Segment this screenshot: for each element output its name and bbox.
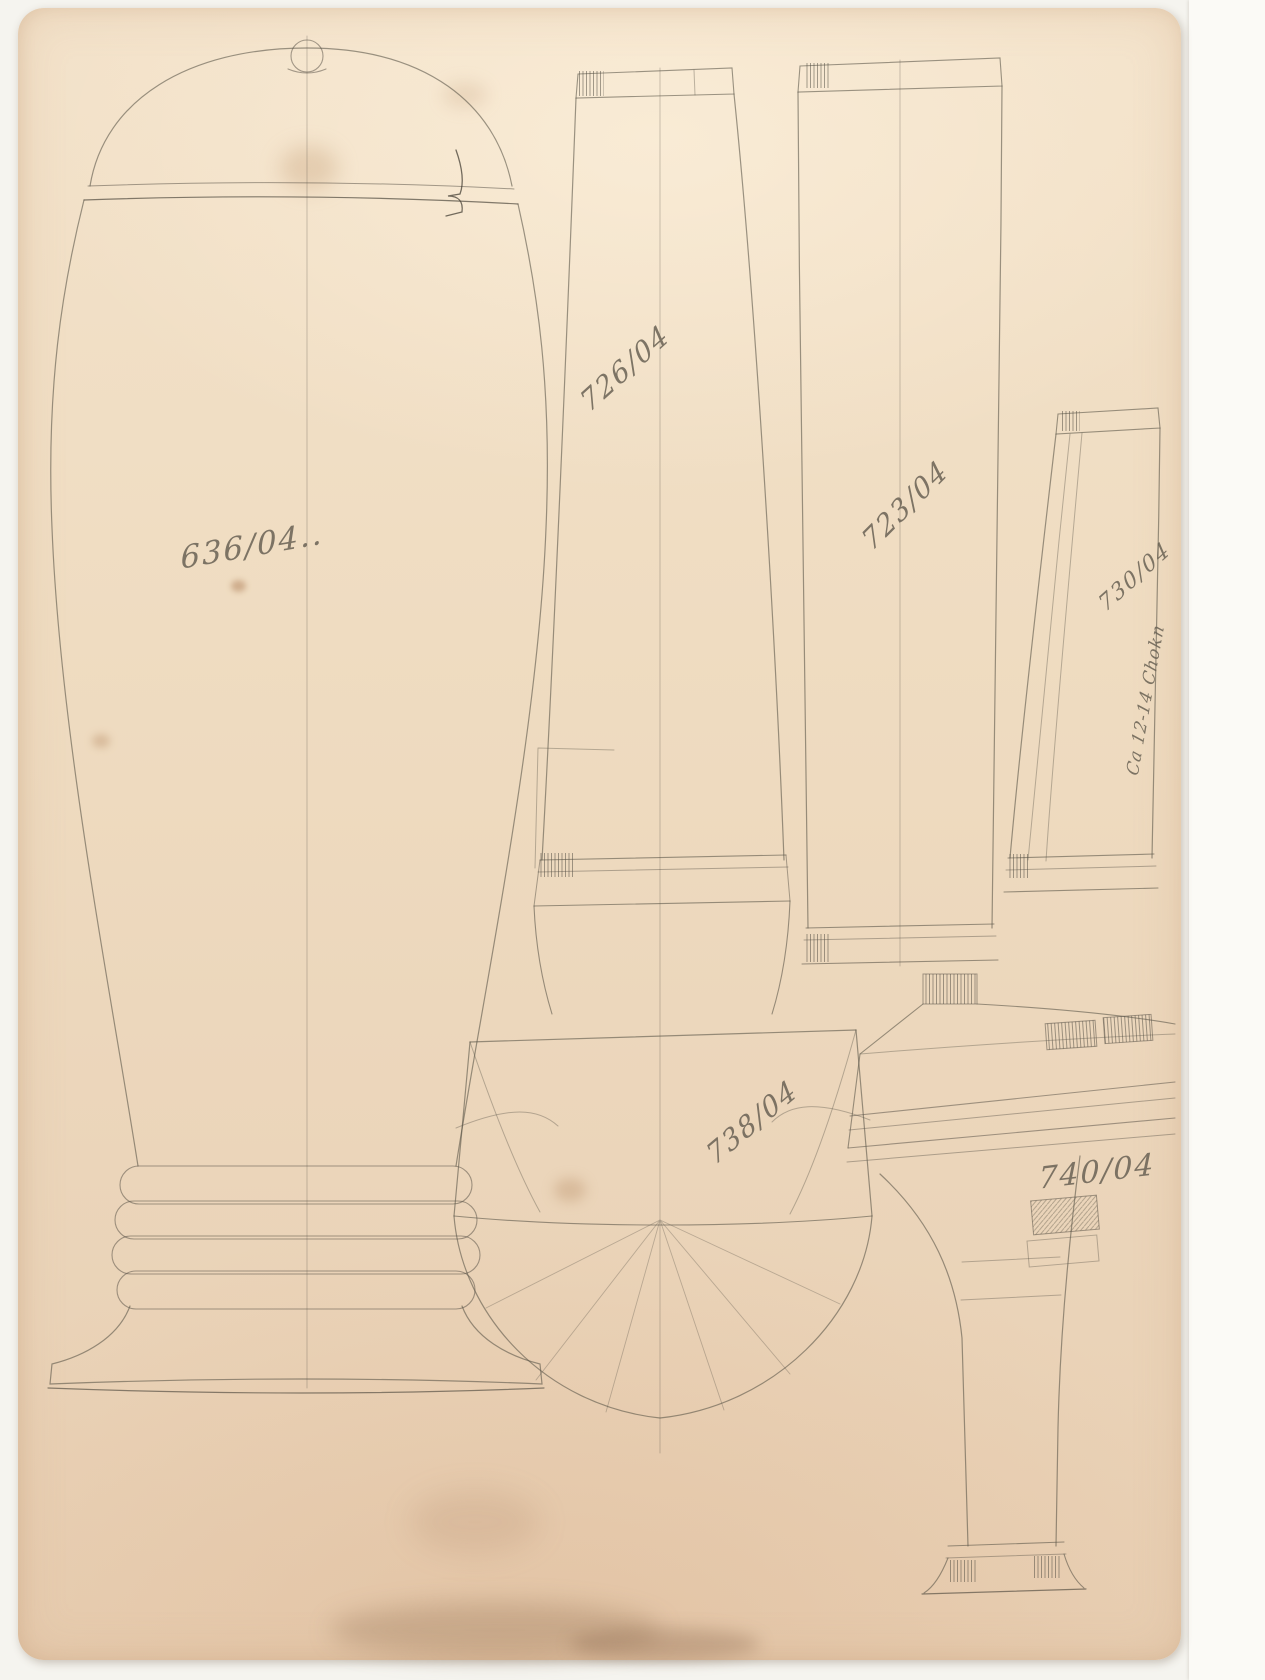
underlying-sheet-edge bbox=[1189, 0, 1265, 1680]
vase-drawing-726 bbox=[534, 68, 790, 1453]
leg-drawing-740 bbox=[847, 974, 1175, 1594]
pencil-drawing-canvas bbox=[18, 8, 1181, 1660]
bowl-drawing-738 bbox=[454, 1030, 872, 1418]
drawing-paper-sheet: 636/04.. 726/04 723/04 730/04 Ca 12-14 C… bbox=[18, 8, 1181, 1660]
vase-drawing-730 bbox=[1004, 408, 1160, 892]
urn-drawing-636 bbox=[48, 36, 547, 1393]
